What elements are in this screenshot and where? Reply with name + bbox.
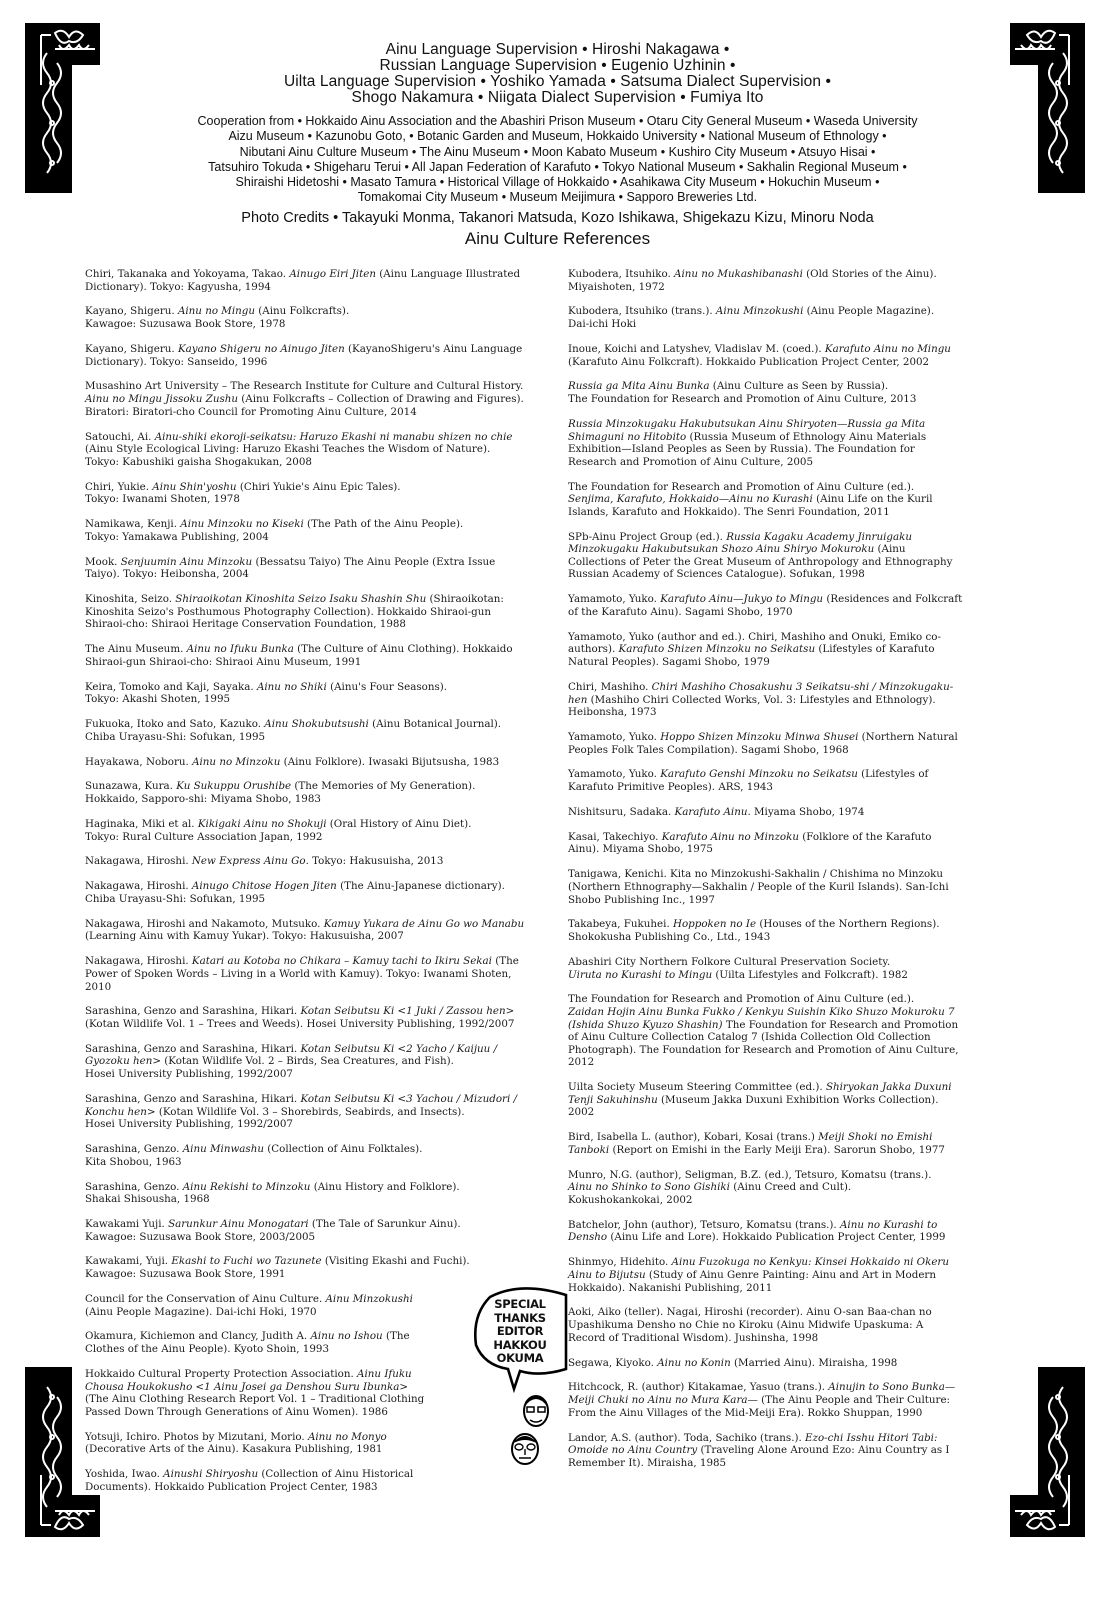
reference-entry: Yamamoto, Yuko. Karafuto Ainu—Jukyo to M… bbox=[568, 593, 963, 618]
reference-text: Nakagawa, Hiroshi and Nakamoto, Mutsuko. bbox=[85, 918, 324, 930]
reference-text: Mook. bbox=[85, 556, 121, 568]
reference-entry: Nakagawa, Hiroshi. Ainugo Chitose Hogen … bbox=[85, 880, 530, 905]
reference-title: Ainugo Chitose Hogen Jiten bbox=[192, 880, 337, 892]
reference-text: Yotsuji, Ichiro. Photos by Mizutani, Mor… bbox=[85, 1431, 308, 1443]
cooperation-line: Cooperation from • Hokkaido Ainu Associa… bbox=[100, 114, 1015, 129]
reference-title: Ainu Minwashu bbox=[183, 1143, 264, 1155]
reference-entry: Hokkaido Cultural Property Protection As… bbox=[85, 1368, 530, 1418]
reference-text: (Ainu Folklore). Iwasaki Bijutsusha, 198… bbox=[280, 756, 499, 768]
reference-text: Landor, A.S. (author). Toda, Sachiko (tr… bbox=[568, 1432, 805, 1444]
reference-title: Ainu no Shiki bbox=[257, 681, 327, 693]
reference-text: Munro, N.G. (author), Seligman, B.Z. (ed… bbox=[568, 1169, 931, 1181]
reference-text: Tanigawa, Kenichi. Kita no Minzokushi-Sa… bbox=[568, 868, 949, 905]
reference-title: Ainu no Ishou bbox=[310, 1330, 382, 1342]
credits-header: Ainu Language Supervision • Hiroshi Naka… bbox=[100, 42, 1015, 250]
reference-title: Sarunkur Ainu Monogatari bbox=[168, 1218, 309, 1230]
reference-text: Nakagawa, Hiroshi. bbox=[85, 855, 192, 867]
reference-title: Kotan Seibutsu Ki <1 Juki / Zassou hen> bbox=[300, 1005, 514, 1017]
reference-title: Ainugo Eiri Jiten bbox=[289, 268, 376, 280]
reference-text: Uilta Society Museum Steering Committee … bbox=[568, 1081, 826, 1093]
reference-text: Yamamoto, Yuko. bbox=[568, 731, 660, 743]
reference-title: Karafuto Genshi Minzoku no Seikatsu bbox=[660, 768, 858, 780]
reference-title: Karafuto Ainu no Mingu bbox=[825, 343, 951, 355]
reference-entry: The Ainu Museum. Ainu no Ifuku Bunka (Th… bbox=[85, 643, 530, 668]
reference-text: Nakagawa, Hiroshi. bbox=[85, 955, 192, 967]
reference-text: Sarashina, Genzo and Sarashina, Hikari. bbox=[85, 1043, 300, 1055]
reference-text: Sunazawa, Kura. bbox=[85, 780, 176, 792]
reference-entry: Kubodera, Itsuhiko (trans.). Ainu Minzok… bbox=[568, 305, 963, 330]
reference-entry: Satouchi, Ai. Ainu-shiki ekoroji-seikats… bbox=[85, 431, 530, 469]
supervision-credits: Ainu Language Supervision • Hiroshi Naka… bbox=[100, 42, 1015, 106]
reference-text: Nishitsuru, Sadaka. bbox=[568, 806, 675, 818]
reference-text: (Married Ainu). Miraisha, 1998 bbox=[731, 1357, 898, 1369]
reference-text: (Ainu People Magazine). Dai-ichi Hoki, 1… bbox=[85, 1306, 317, 1318]
reference-text: Nakagawa, Hiroshi. bbox=[85, 880, 192, 892]
reference-title: Ainu no Monyo bbox=[308, 1431, 387, 1443]
reference-text: (Uilta Lifestyles and Folkcraft). 1982 bbox=[712, 969, 908, 981]
reference-entry: The Foundation for Research and Promotio… bbox=[568, 481, 963, 519]
reference-entry: Kubodera, Itsuhiko. Ainu no Mukashibanas… bbox=[568, 268, 963, 293]
reference-text: (Kotan Wildlife Vol. 1 – Trees and Weeds… bbox=[85, 1018, 514, 1030]
reference-text: (Ainu Life and Lore). Hokkaido Publicati… bbox=[607, 1231, 945, 1243]
photo-credits: Photo Credits • Takayuki Monma, Takanori… bbox=[100, 209, 1015, 227]
ainu-pattern-corner-icon bbox=[1010, 1367, 1085, 1537]
reference-text: (The Ainu Clothing Research Report Vol. … bbox=[85, 1393, 424, 1418]
reference-title: Ku Sukuppu Orushibe bbox=[176, 780, 291, 792]
author-face-icon bbox=[508, 1430, 542, 1466]
reference-title: Hoppoken no Ie bbox=[673, 918, 756, 930]
references-right-column: Kubodera, Itsuhiko. Ainu no Mukashibanas… bbox=[568, 268, 963, 1482]
reference-entry: Sarashina, Genzo. Ainu Rekishi to Minzok… bbox=[85, 1181, 530, 1206]
reference-entry: Sarashina, Genzo and Sarashina, Hikari. … bbox=[85, 1093, 530, 1131]
reference-text: Kasai, Takechiyo. bbox=[568, 831, 662, 843]
reference-entry: Okamura, Kichiemon and Clancy, Judith A.… bbox=[85, 1330, 530, 1355]
reference-text: (Learning Ainu with Kamuy Yukar). Tokyo:… bbox=[85, 930, 404, 942]
reference-title: New Express Ainu Go bbox=[192, 855, 306, 867]
reference-text: (Mashiho Chiri Collected Works, Vol. 3: … bbox=[568, 694, 936, 719]
reference-entry: The Foundation for Research and Promotio… bbox=[568, 993, 963, 1069]
reference-text: Hitchcock, R. (author) Kitakamae, Yasuo … bbox=[568, 1381, 828, 1393]
reference-title: Ainu Minzokushi bbox=[716, 305, 803, 317]
reference-title: Ainu Shin'yoshu bbox=[152, 481, 236, 493]
cooperation-credits: Cooperation from • Hokkaido Ainu Associa… bbox=[100, 114, 1015, 206]
reference-entry: Sarashina, Genzo and Sarashina, Hikari. … bbox=[85, 1005, 530, 1030]
reference-entry: Kawakami Yuji. Sarunkur Ainu Monogatari … bbox=[85, 1218, 530, 1243]
reference-text: Kayano, Shigeru. bbox=[85, 305, 178, 317]
reference-title: Karafuto Ainu—Jukyo to Mingu bbox=[660, 593, 823, 605]
reference-entry: Hayakawa, Noboru. Ainu no Minzoku (Ainu … bbox=[85, 756, 530, 769]
reference-text: Chiri, Takanaka and Yokoyama, Takao. bbox=[85, 268, 289, 280]
reference-entry: Uilta Society Museum Steering Committee … bbox=[568, 1081, 963, 1119]
reference-entry: Yoshida, Iwao. Ainushi Shiryoshu (Collec… bbox=[85, 1468, 530, 1493]
reference-text: Inoue, Koichi and Latyshev, Vladislav M.… bbox=[568, 343, 825, 355]
ainu-pattern-corner-icon bbox=[25, 23, 100, 193]
special-thanks: SPECIAL THANKS EDITOR HAKKOU OKUMA bbox=[470, 1298, 570, 1366]
reference-entry: Kayano, Shigeru. Kayano Shigeru no Ainug… bbox=[85, 343, 530, 368]
reference-entry: Sarashina, Genzo and Sarashina, Hikari. … bbox=[85, 1043, 530, 1081]
reference-text: Abashiri City Northern Folkore Cultural … bbox=[568, 956, 890, 968]
supervision-line: Ainu Language Supervision • Hiroshi Naka… bbox=[100, 42, 1015, 58]
reference-title: Ekashi to Fuchi wo Tazunete bbox=[171, 1255, 321, 1267]
reference-text: Segawa, Kiyoko. bbox=[568, 1357, 657, 1369]
reference-text: Sarashina, Genzo and Sarashina, Hikari. bbox=[85, 1093, 300, 1105]
reference-text: Chiri, Mashiho. bbox=[568, 681, 652, 693]
reference-text: Hokkaido Cultural Property Protection As… bbox=[85, 1368, 357, 1380]
reference-entry: Aoki, Aiko (teller). Nagai, Hiroshi (rec… bbox=[568, 1306, 963, 1344]
reference-entry: Kawakami, Yuji. Ekashi to Fuchi wo Tazun… bbox=[85, 1255, 530, 1280]
reference-title: Senjuumin Ainu Minzoku bbox=[121, 556, 252, 568]
reference-text: Keira, Tomoko and Kaji, Sayaka. bbox=[85, 681, 257, 693]
reference-text: The Ainu Museum. bbox=[85, 643, 187, 655]
reference-entry: Nakagawa, Hiroshi. New Express Ainu Go. … bbox=[85, 855, 530, 868]
reference-title: Karafuto Ainu bbox=[675, 806, 748, 818]
references-title: Ainu Culture References bbox=[100, 228, 1015, 250]
special-thanks-line: SPECIAL bbox=[470, 1298, 570, 1312]
reference-text: (Decorative Arts of the Ainu). Kasakura … bbox=[85, 1443, 382, 1455]
supervision-line: Russian Language Supervision • Eugenio U… bbox=[100, 58, 1015, 74]
reference-entry: Council for the Conservation of Ainu Cul… bbox=[85, 1293, 530, 1318]
reference-text: Namikawa, Kenji. bbox=[85, 518, 180, 530]
reference-entry: Inoue, Koichi and Latyshev, Vladislav M.… bbox=[568, 343, 963, 368]
reference-entry: Munro, N.G. (author), Seligman, B.Z. (ed… bbox=[568, 1169, 963, 1207]
reference-text: Bird, Isabella L. (author), Kobari, Kosa… bbox=[568, 1131, 818, 1143]
reference-title: Ainu Shokubutsushi bbox=[264, 718, 369, 730]
reference-title: Kamuy Yukara de Ainu Go wo Manabu bbox=[324, 918, 524, 930]
reference-entry: Russia Minzokugaku Hakubutsukan Ainu Shi… bbox=[568, 418, 963, 468]
reference-entry: Sunazawa, Kura. Ku Sukuppu Orushibe (The… bbox=[85, 780, 530, 805]
reference-entry: Bird, Isabella L. (author), Kobari, Kosa… bbox=[568, 1131, 963, 1156]
reference-text: (Karafuto Ainu Folkcraft). Hokkaido Publ… bbox=[568, 356, 929, 368]
reference-text: Chiri, Yukie. bbox=[85, 481, 152, 493]
reference-title: Hoppo Shizen Minzoku Minwa Shusei bbox=[660, 731, 858, 743]
cooperation-line: Tatsuhiro Tokuda • Shigeharu Terui • All… bbox=[100, 160, 1015, 175]
reference-entry: Nakagawa, Hiroshi and Nakamoto, Mutsuko.… bbox=[85, 918, 530, 943]
reference-entry: Mook. Senjuumin Ainu Minzoku (Bessatsu T… bbox=[85, 556, 530, 581]
reference-text: Yamamoto, Yuko. bbox=[568, 768, 660, 780]
reference-entry: Yamamoto, Yuko (author and ed.). Chiri, … bbox=[568, 631, 963, 669]
reference-title: Russia ga Mita Ainu Bunka bbox=[568, 380, 710, 392]
reference-text: (Report on Emishi in the Early Meiji Era… bbox=[609, 1144, 945, 1156]
supervision-line: Uilta Language Supervision • Yoshiko Yam… bbox=[100, 74, 1015, 90]
reference-title: Uiruta no Kurashi to Mingu bbox=[568, 969, 712, 981]
reference-entry: Chiri, Mashiho. Chiri Mashiho Chosakushu… bbox=[568, 681, 963, 719]
reference-text: Fukuoka, Itoko and Sato, Kazuko. bbox=[85, 718, 264, 730]
reference-entry: Russia ga Mita Ainu Bunka (Ainu Culture … bbox=[568, 380, 963, 405]
reference-text: Musashino Art University – The Research … bbox=[85, 380, 523, 392]
reference-entry: Namikawa, Kenji. Ainu Minzoku no Kiseki … bbox=[85, 518, 530, 543]
reference-title: Ainu no Mingu bbox=[178, 305, 255, 317]
reference-title: Ainu no Ifuku Bunka bbox=[187, 643, 294, 655]
reference-text: Okamura, Kichiemon and Clancy, Judith A. bbox=[85, 1330, 310, 1342]
reference-entry: Landor, A.S. (author). Toda, Sachiko (tr… bbox=[568, 1432, 963, 1470]
supervision-line: Shogo Nakamura • Niigata Dialect Supervi… bbox=[100, 90, 1015, 106]
ainu-pattern-corner-icon bbox=[1010, 23, 1085, 193]
reference-entry: Chiri, Yukie. Ainu Shin'yoshu (Chiri Yuk… bbox=[85, 481, 530, 506]
reference-text: The Foundation for Research and Promotio… bbox=[568, 481, 914, 493]
references-left-column: Chiri, Takanaka and Yokoyama, Takao. Ain… bbox=[85, 268, 530, 1506]
reference-entry: Batchelor, John (author), Tetsuro, Komat… bbox=[568, 1219, 963, 1244]
reference-text: SPb-Ainu Project Group (ed.). bbox=[568, 531, 726, 543]
reference-title: Kayano Shigeru no Ainugo Jiten bbox=[178, 343, 345, 355]
reference-text: Satouchi, Ai. bbox=[85, 431, 155, 443]
reference-text: Takabeya, Fukuhei. bbox=[568, 918, 673, 930]
reference-text: Kinoshita, Seizo. bbox=[85, 593, 175, 605]
reference-entry: Fukuoka, Itoko and Sato, Kazuko. Ainu Sh… bbox=[85, 718, 530, 743]
reference-title: Ainu Rekishi to Minzoku bbox=[183, 1181, 311, 1193]
reference-text: Yoshida, Iwao. bbox=[85, 1468, 163, 1480]
reference-entry: Nakagawa, Hiroshi. Katari au Kotoba no C… bbox=[85, 955, 530, 993]
reference-title: Ainu no Konin bbox=[657, 1357, 731, 1369]
reference-text: Council for the Conservation of Ainu Cul… bbox=[85, 1293, 326, 1305]
reference-title: Ainu Minzoku no Kiseki bbox=[180, 518, 304, 530]
reference-title: Ainu no Shinko to Sono Gishiki bbox=[568, 1181, 730, 1193]
reference-text: Hayakawa, Noboru. bbox=[85, 756, 192, 768]
cooperation-line: Tomakomai City Museum • Museum Meijimura… bbox=[100, 190, 1015, 205]
reference-entry: Kinoshita, Seizo. Shiraoikotan Kinoshita… bbox=[85, 593, 530, 631]
reference-text: Sarashina, Genzo and Sarashina, Hikari. bbox=[85, 1005, 300, 1017]
reference-title: Karafuto Ainu no Minzoku bbox=[662, 831, 799, 843]
special-thanks-line: THANKS bbox=[470, 1312, 570, 1326]
reference-text: Kayano, Shigeru. bbox=[85, 343, 178, 355]
reference-entry: Segawa, Kiyoko. Ainu no Konin (Married A… bbox=[568, 1357, 963, 1370]
reference-entry: SPb-Ainu Project Group (ed.). Russia Kag… bbox=[568, 531, 963, 581]
reference-title: Ainu no Mingu Jissoku Zushu bbox=[85, 393, 238, 405]
reference-text: Aoki, Aiko (teller). Nagai, Hiroshi (rec… bbox=[568, 1306, 932, 1343]
reference-text: Kubodera, Itsuhiko (trans.). bbox=[568, 305, 716, 317]
reference-entry: Abashiri City Northern Folkore Cultural … bbox=[568, 956, 963, 981]
reference-text: Kubodera, Itsuhiko. bbox=[568, 268, 674, 280]
reference-text: (Ainu Style Ecological Living: Haruzo Ek… bbox=[85, 443, 490, 468]
special-thanks-line: OKUMA bbox=[470, 1352, 570, 1366]
reference-title: Ainushi Shiryoshu bbox=[163, 1468, 258, 1480]
reference-title: Katari au Kotoba no Chikara – Kamuy tach… bbox=[192, 955, 492, 967]
reference-entry: Yamamoto, Yuko. Karafuto Genshi Minzoku … bbox=[568, 768, 963, 793]
reference-entry: Chiri, Takanaka and Yokoyama, Takao. Ain… bbox=[85, 268, 530, 293]
reference-title: Ainu-shiki ekoroji-seikatsu: Haruzo Ekas… bbox=[155, 431, 513, 443]
reference-entry: Yamamoto, Yuko. Hoppo Shizen Minzoku Min… bbox=[568, 731, 963, 756]
reference-title: Senjima, Karafuto, Hokkaido—Ainu no Kura… bbox=[568, 493, 813, 505]
cooperation-line: Shiraishi Hidetoshi • Masato Tamura • Hi… bbox=[100, 175, 1015, 190]
reference-text: Batchelor, John (author), Tetsuro, Komat… bbox=[568, 1219, 840, 1231]
reference-text: Yamamoto, Yuko. bbox=[568, 593, 660, 605]
reference-text: Kawakami Yuji. bbox=[85, 1218, 168, 1230]
reference-text: . Tokyo: Hakusuisha, 2013 bbox=[306, 855, 444, 867]
reference-text: . Miyama Shobo, 1974 bbox=[747, 806, 864, 818]
reference-text: Shinmyo, Hidehito. bbox=[568, 1256, 672, 1268]
reference-entry: Haginaka, Miki et al. Kikigaki Ainu no S… bbox=[85, 818, 530, 843]
reference-entry: Tanigawa, Kenichi. Kita no Minzokushi-Sa… bbox=[568, 868, 963, 906]
reference-title: Ainu no Mukashibanashi bbox=[674, 268, 803, 280]
reference-title: Shiraoikotan Kinoshita Seizo Isaku Shash… bbox=[175, 593, 426, 605]
reference-entry: Musashino Art University – The Research … bbox=[85, 380, 530, 418]
reference-entry: Nishitsuru, Sadaka. Karafuto Ainu. Miyam… bbox=[568, 806, 963, 819]
reference-text: Kawakami, Yuji. bbox=[85, 1255, 171, 1267]
reference-title: Ainu Minzokushi bbox=[326, 1293, 413, 1305]
reference-text: Sarashina, Genzo. bbox=[85, 1181, 183, 1193]
reference-entry: Yotsuji, Ichiro. Photos by Mizutani, Mor… bbox=[85, 1431, 530, 1456]
reference-entry: Kasai, Takechiyo. Karafuto Ainu no Minzo… bbox=[568, 831, 963, 856]
cooperation-line: Aizu Museum • Kazunobu Goto, • Botanic G… bbox=[100, 129, 1015, 144]
editor-face-icon bbox=[520, 1392, 552, 1428]
reference-entry: Keira, Tomoko and Kaji, Sayaka. Ainu no … bbox=[85, 681, 530, 706]
reference-text: The Foundation for Research and Promotio… bbox=[568, 993, 914, 1005]
reference-entry: Shinmyo, Hidehito. Ainu Fuzokuga no Kenk… bbox=[568, 1256, 963, 1294]
reference-text: Haginaka, Miki et al. bbox=[85, 818, 198, 830]
reference-title: Karafuto Shizen Minzoku no Seikatsu bbox=[619, 643, 816, 655]
reference-text: Sarashina, Genzo. bbox=[85, 1143, 183, 1155]
reference-entry: Sarashina, Genzo. Ainu Minwashu (Collect… bbox=[85, 1143, 530, 1168]
reference-title: Ainu no Minzoku bbox=[192, 756, 280, 768]
reference-title: Kikigaki Ainu no Shokuji bbox=[198, 818, 327, 830]
reference-entry: Hitchcock, R. (author) Kitakamae, Yasuo … bbox=[568, 1381, 963, 1419]
special-thanks-line: EDITOR HAKKOU bbox=[470, 1325, 570, 1352]
cooperation-line: Nibutani Ainu Culture Museum • The Ainu … bbox=[100, 145, 1015, 160]
reference-entry: Kayano, Shigeru. Ainu no Mingu (Ainu Fol… bbox=[85, 305, 530, 330]
reference-entry: Takabeya, Fukuhei. Hoppoken no Ie (House… bbox=[568, 918, 963, 943]
